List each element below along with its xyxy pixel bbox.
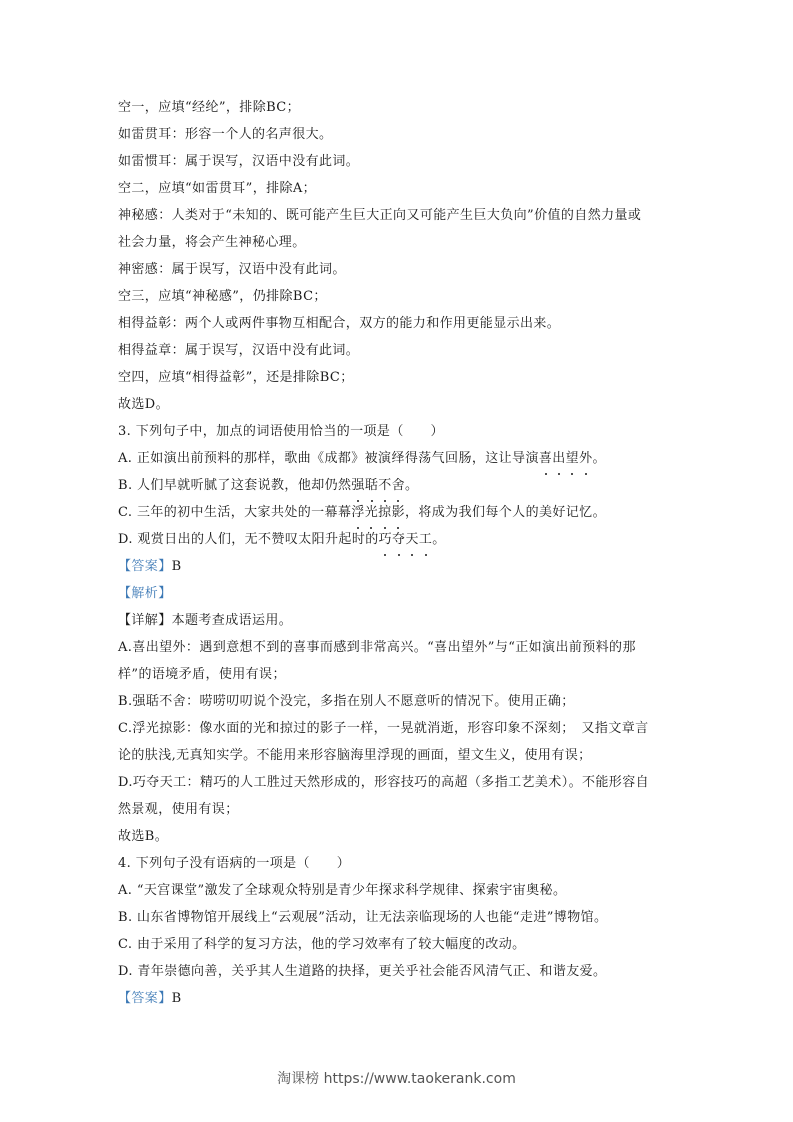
detail-line: A.喜出望外：遇到意想不到的喜事而感到非常高兴。“喜出望外”与“正如演出前预料的…: [118, 634, 678, 661]
detail-line: 样”的语境矛盾，使用有误；: [118, 661, 678, 688]
detail-line: D.巧夺天工：精巧的人工胜过天然形成的，形容技巧的高超（多指工艺美术）。不能形容…: [118, 769, 678, 796]
emphasis-dot-char: 外: [579, 445, 592, 472]
emphasis-dot-char: 不: [378, 472, 391, 499]
question-4-option-d: D. 青年崇德向善，关乎其人生道路的抉择，更关乎社会能否风清气正、和谐友爱。: [118, 958, 678, 985]
question-3-option-c: C. 三年的初中生活，大家共处的一幕幕浮光掠影，将成为我们每个人的美好记忆。: [118, 499, 678, 526]
answer-value: B: [172, 559, 182, 574]
text-line: 空三，应填“神秘感”，仍排除BC；: [118, 283, 678, 310]
emphasis-dot-char: 光: [365, 499, 378, 526]
text-line: 相得益章：属于误写，汉语中没有此词。: [118, 337, 678, 364]
footer-watermark: 淘课榜 https://www.taokerank.com: [0, 1068, 793, 1088]
text-line: 空二，应填“如雷贯耳”，排除A；: [118, 175, 678, 202]
question-3-stem: 3. 下列句子中，加点的词语使用恰当的一项是（ ）: [118, 418, 678, 445]
emphasis-dot-char: 聒: [365, 472, 378, 499]
text-line: 神秘感：人类对于“未知的、既可能产生巨大正向又可能产生巨大负向”价值的自然力量或: [118, 202, 678, 229]
document-body: 空一，应填“经纶”，排除BC； 如雷贯耳：形容一个人的名声很大。 如雷惯耳：属于…: [118, 94, 678, 1012]
option-text: B. 人们早就听腻了这套说教，他却仍然: [118, 478, 351, 493]
dotted-idiom: 浮光掠影: [351, 505, 405, 520]
emphasis-dot-char: 天: [405, 526, 418, 553]
emphasis-dot-char: 强: [351, 472, 364, 499]
question-3-option-a: A. 正如演出前预料的那样，歌曲《成都》被演绎得荡气回肠，这让导演喜出望外。: [118, 445, 678, 472]
option-text: A. 正如演出前预料的那样，歌曲《成都》被演绎得荡气回肠，这让导演: [118, 451, 539, 466]
question-3-option-b: B. 人们早就听腻了这套说教，他却仍然强聒不舍。: [118, 472, 678, 499]
emphasis-dot-char: 夺: [392, 526, 405, 553]
option-text: D. 观赏日出的人们，无不赞叹太阳升起时的: [118, 532, 379, 547]
text-line: 空一，应填“经纶”，排除BC；: [118, 94, 678, 121]
detail-line: C.浮光掠影：像水面的光和掠过的影子一样，一晃就消逝，形容印象不深刻； 又指文章…: [118, 715, 678, 742]
emphasis-dot-char: 浮: [351, 499, 364, 526]
question-3-analysis-heading: 【解析】: [118, 580, 678, 607]
analysis-label: 【解析】: [118, 586, 172, 601]
answer-label: 【答案】: [118, 559, 172, 574]
emphasis-dot-char: 掠: [378, 499, 391, 526]
text-line: 相得益彰：两个人或两件事物互相配合，双方的能力和作用更能显示出来。: [118, 310, 678, 337]
detail-line: 【详解】本题考查成语运用。: [118, 607, 678, 634]
question-4-option-a: A. “天宫课堂”激发了全球观众特别是青少年探求科学规律、探索宇宙奥秘。: [118, 877, 678, 904]
text-line: 如雷惯耳：属于误写，汉语中没有此词。: [118, 148, 678, 175]
emphasis-dot-char: 舍: [392, 472, 405, 499]
text-line: 神密感：属于误写，汉语中没有此词。: [118, 256, 678, 283]
emphasis-dot-char: 望: [566, 445, 579, 472]
question-3-option-d: D. 观赏日出的人们，无不赞叹太阳升起时的巧夺天工。: [118, 526, 678, 553]
answer-label: 【答案】: [118, 991, 172, 1006]
detail-line: 论的肤浅,无真知实学。不能用来形容脑海里浮现的画面，望文生义，使用有误；: [118, 742, 678, 769]
emphasis-dot-char: 工: [419, 526, 432, 553]
option-text: C. 三年的初中生活，大家共处的一幕幕: [118, 505, 351, 520]
dotted-idiom: 巧夺天工: [379, 532, 433, 547]
emphasis-dot-char: 出: [552, 445, 565, 472]
option-text: 。: [432, 532, 445, 547]
emphasis-dot-char: 影: [392, 499, 405, 526]
dotted-idiom: 强聒不舍: [351, 478, 405, 493]
answer-value: B: [172, 991, 182, 1006]
option-text: 。: [592, 451, 605, 466]
text-line: 空四，应填“相得益彰”，还是排除BC；: [118, 364, 678, 391]
emphasis-dot-char: 巧: [379, 526, 392, 553]
question-4-answer: 【答案】B: [118, 985, 678, 1012]
detail-line: 故选B。: [118, 823, 678, 850]
option-text: ，将成为我们每个人的美好记忆。: [405, 505, 606, 520]
question-4-stem: 4. 下列句子没有语病的一项是（ ）: [118, 850, 678, 877]
detail-line: 然景观，使用有误；: [118, 796, 678, 823]
question-3-answer: 【答案】B: [118, 553, 678, 580]
text-line: 故选D。: [118, 391, 678, 418]
dotted-idiom: 喜出望外: [539, 451, 593, 466]
question-4-option-c: C. 由于采用了科学的复习方法，他的学习效率有了较大幅度的改动。: [118, 931, 678, 958]
text-line: 如雷贯耳：形容一个人的名声很大。: [118, 121, 678, 148]
emphasis-dot-char: 喜: [539, 445, 552, 472]
text-line: 社会力量，将会产生神秘心理。: [118, 229, 678, 256]
detail-line: B.强聒不舍：唠唠叨叨说个没完，多指在别人不愿意听的情况下。使用正确；: [118, 688, 678, 715]
option-text: 。: [405, 478, 418, 493]
question-4-option-b: B. 山东省博物馆开展线上“云观展”活动，让无法亲临现场的人也能“走进”博物馆。: [118, 904, 678, 931]
